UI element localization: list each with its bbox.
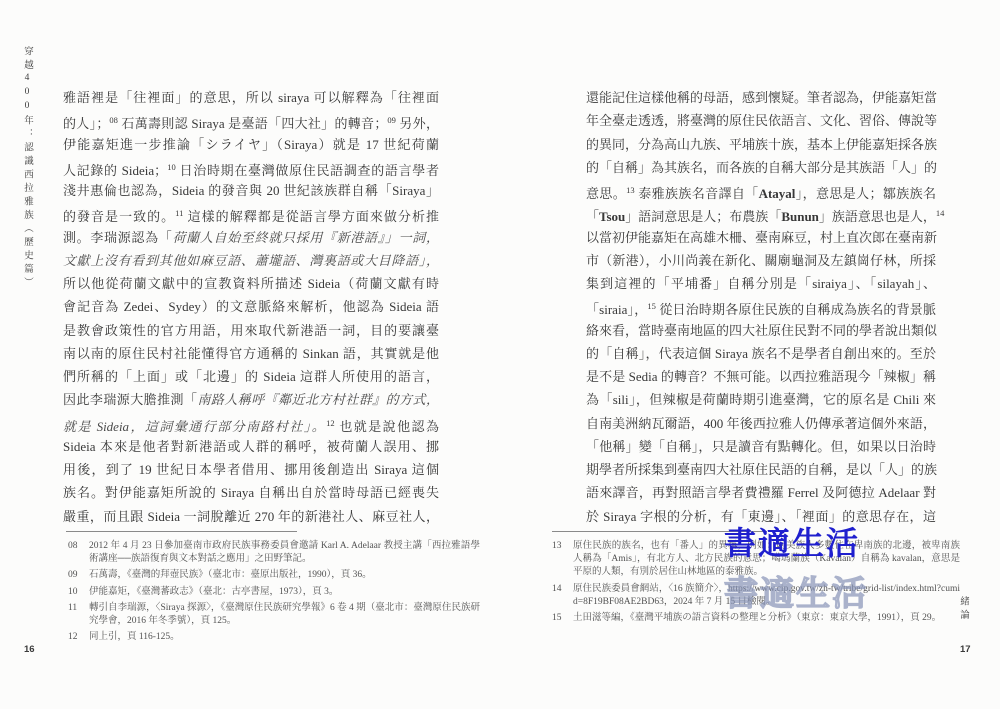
- text-line: 的「自稱」為其族名，而各族的自稱大部分是其族語「人」的: [586, 156, 936, 179]
- right-page-body: 還能記住這樣他稱的母語，感到懷疑。筆者認為，伊能嘉矩當年全臺走透透，將臺灣的原住…: [586, 86, 936, 528]
- text-line: 族名。對伊能嘉矩所說的 Siraya 自稱出自於當時母語已經喪失: [63, 481, 439, 504]
- text-line: 的人」；08 石萬壽則認 Siraya 是臺語「四大社」的轉音；09 另外，: [63, 109, 439, 132]
- footnote-text: 土田滋等編，《臺灣平埔族の語言資料の整理と分析》（東京：東京大學，1991），頁…: [573, 612, 960, 625]
- text-line: 人記錄的 Sideia；10 日治時期在臺灣做原住民語調查的語言學者: [63, 156, 439, 179]
- footnote-number: 10: [68, 586, 89, 599]
- right-page-number: 17: [960, 644, 971, 655]
- text-line: 的異同，分為高山九族、平埔族十族，基本上伊能嘉矩採各族: [586, 133, 936, 156]
- footnote-number: 08: [68, 540, 89, 566]
- footnote-text: 2012 年 4 月 23 日參加臺南市政府民族事務委員會邀請 Karl A. …: [89, 540, 480, 566]
- text-line: 以當初伊能嘉矩在高雄木柵、臺南麻豆，村上直次郎在臺南新: [586, 226, 936, 249]
- text-line: 所以他從荷蘭文獻中的宣教資料所描述 Sideia（荷蘭文獻有時: [63, 272, 439, 295]
- text-line: 雅語裡是「往裡面」的意思，所以 siraya 可以解釋為「往裡面: [63, 86, 439, 109]
- text-line: 伊能嘉矩進一步推論「シライヤ」（Siraya）就是 17 世紀荷蘭: [63, 133, 439, 156]
- text-line: 年全臺走透透，將臺灣的原住民依語言、文化、習俗、傳說等: [586, 109, 936, 132]
- text-line: 是不是 Sedia 的轉音？不無可能。以西拉雅語現今「辣椒」稱: [586, 365, 936, 388]
- footnote-number: 13: [552, 540, 573, 580]
- footnote-text: 原住民族的族名，也有「番人」的異稱，例如：阿美族人多數住在卑南族的北邊，被卑南族…: [573, 540, 960, 580]
- footnote: 09石萬壽，《臺灣的拜壺民族》（臺北市：臺原出版社，1990），頁 36。: [68, 569, 480, 582]
- text-line: 們所稱的「上面」或「北邊」的 Sideia 這群人所使用的語言，: [63, 365, 439, 388]
- footnote-text: 伊能嘉矩，《臺灣蕃政志》（臺北：古亭書屋，1973），頁 3。: [89, 586, 480, 599]
- text-line: 市（新港），小川尚義在新化、關廟龜洞及左鎮崗仔林，所採: [586, 249, 936, 272]
- text-line: 測。李瑞源認為「荷蘭人自始至終就只採用『新港語』」一詞，: [63, 226, 439, 249]
- footnote-number: 14: [552, 583, 573, 609]
- section-label: 緒論: [956, 596, 970, 623]
- text-line: 嚴重，而且跟 Sideia 一詞脫離近 270 年的新港社人、麻豆社人，: [63, 505, 439, 528]
- book-spread: 穿越400年：認識西拉雅族（歷史篇） 雅語裡是「往裡面」的意思，所以 siray…: [0, 0, 1000, 709]
- text-line: 「siraia」，15 從日治時期各原住民族的自稱成為族名的背景脈: [586, 295, 936, 318]
- footnote: 082012 年 4 月 23 日參加臺南市政府民族事務委員會邀請 Karl A…: [68, 540, 480, 566]
- text-line: 「他稱」變「自稱」，只是讀音有點轉化。但，如果以日治時: [586, 435, 936, 458]
- text-line: 會記音為 Zedei、Sydey）的文意脈絡來解析，他認為 Sideia 語: [63, 295, 439, 318]
- text-line: 為「sili」，但辣椒是荷蘭時期引進臺灣，它的原名是 Chili 來: [586, 388, 936, 411]
- left-footnote-divider: [66, 531, 297, 532]
- footnote-number: 11: [68, 602, 89, 628]
- text-line: 文獻上沒有看到其他如麻豆語、蕭壠語、灣裏語或大目降語」，: [63, 249, 439, 272]
- text-line: 的「自稱」，代表這個 Siraya 族名不是學者自創出來的。至於: [586, 342, 936, 365]
- footnote-number: 12: [68, 631, 89, 644]
- left-page-number: 16: [24, 644, 35, 655]
- footnote-number: 15: [552, 612, 573, 625]
- text-line: 還能記住這樣他稱的母語，感到懷疑。筆者認為，伊能嘉矩當: [586, 86, 936, 109]
- left-page-body: 雅語裡是「往裡面」的意思，所以 siraya 可以解釋為「往裡面的人」；08 石…: [63, 86, 439, 528]
- text-line: 自南美洲納瓦爾語，400 年後西拉雅人仍傳承著這個外來語，: [586, 412, 936, 435]
- text-line: 「Tsou」語詞意思是人；布農族「Bunun」族語意思也是人，14: [586, 202, 936, 225]
- footnote-number: 09: [68, 569, 89, 582]
- text-line: 的發音是一致的。11 這樣的解釋都是從語言學方面來做分析推: [63, 202, 439, 225]
- text-line: 是教會政策性的官方用語，用來取代新港語一詞，目的要讓臺: [63, 319, 439, 342]
- footnote: 12同上引，頁 116-125。: [68, 631, 480, 644]
- footnote: 11轉引自李瑞源，〈Siraya 探源〉，《臺灣原住民族研究學報》6 卷 4 期…: [68, 602, 480, 628]
- footnote-text: 同上引，頁 116-125。: [89, 631, 480, 644]
- text-line: 語來譯音，再對照語言學者費禮羅 Ferrel 及阿德拉 Adelaar 對: [586, 481, 936, 504]
- text-line: 集到這裡的「平埔番」自稱分別是「siraiya」、「silayah」、: [586, 272, 936, 295]
- left-footnotes: 082012 年 4 月 23 日參加臺南市政府民族事務委員會邀請 Karl A…: [68, 540, 480, 647]
- footnote-text: 轉引自李瑞源，〈Siraya 探源〉，《臺灣原住民族研究學報》6 卷 4 期（臺…: [89, 602, 480, 628]
- text-line: 意思。13 泰雅族族名音譯自「Atayal」，意思是人；鄒族族名: [586, 179, 936, 202]
- footnote-text: 原住民族委員會網站，〈16 族簡介〉，https://www.cip.gov.t…: [573, 583, 960, 609]
- right-footnotes: 13原住民族的族名，也有「番人」的異稱，例如：阿美族人多數住在卑南族的北邊，被卑…: [552, 540, 960, 628]
- text-line: 淺井惠倫也認為，Sideia 的發音與 20 世紀該族群自稱「Siraya」: [63, 179, 439, 202]
- footnote: 10伊能嘉矩，《臺灣蕃政志》（臺北：古亭書屋，1973），頁 3。: [68, 586, 480, 599]
- text-line: 南以南的原住民村社能懂得官方通稱的 Sinkan 語，其實就是他: [63, 342, 439, 365]
- text-line: 就是 Sideia，這詞彙通行部分南路村社」。12 也就是說他認為: [63, 412, 439, 435]
- footnote: 15土田滋等編，《臺灣平埔族の語言資料の整理と分析》（東京：東京大學，1991）…: [552, 612, 960, 625]
- text-line: 絡來看，當時臺南地區的四大社原住民對不同的學者說出類似: [586, 319, 936, 342]
- text-line: 用後，到了 19 世紀日本學者借用、挪用後創造出 Siraya 這個: [63, 458, 439, 481]
- text-line: 期學者所採集到臺南四大社原住民語的自稱，是以「人」的族: [586, 458, 936, 481]
- text-line: 因此李瑞源大膽推測「南路人稱呼『鄰近北方村社群』的方式，: [63, 388, 439, 411]
- footnote: 14原住民族委員會網站，〈16 族簡介〉，https://www.cip.gov…: [552, 583, 960, 609]
- right-footnote-divider: [552, 531, 767, 532]
- footnote: 13原住民族的族名，也有「番人」的異稱，例如：阿美族人多數住在卑南族的北邊，被卑…: [552, 540, 960, 580]
- spine-title: 穿越400年：認識西拉雅族（歷史篇）: [20, 46, 34, 291]
- footnote-text: 石萬壽，《臺灣的拜壺民族》（臺北市：臺原出版社，1990），頁 36。: [89, 569, 480, 582]
- text-line: 於 Siraya 字根的分析，有「東邊」、「裡面」的意思存在，這: [586, 505, 936, 528]
- text-line: Sideia 本來是他者對新港語或人群的稱呼，被荷蘭人誤用、挪: [63, 435, 439, 458]
